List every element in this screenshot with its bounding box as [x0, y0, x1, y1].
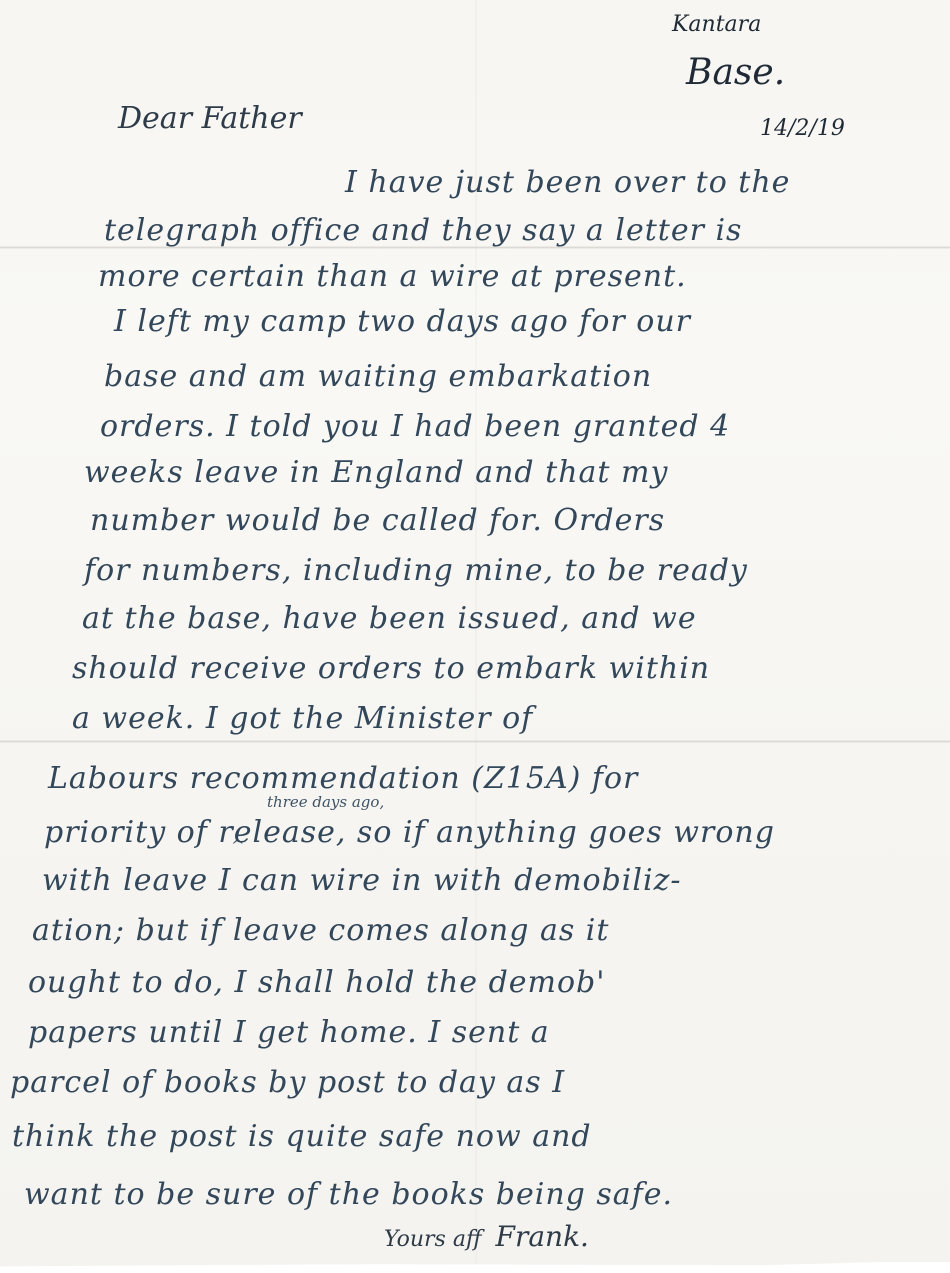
- body-line: I have just been over to the: [345, 168, 790, 198]
- salutation: Dear Father: [118, 104, 302, 134]
- letter-page: Kantara Base. 14/2/19 Dear Father I have…: [0, 0, 950, 1273]
- body-line: want to be sure of the books being safe.: [24, 1180, 673, 1210]
- body-line: weeks leave in England and that my: [84, 458, 668, 488]
- body-line: papers until I get home. I sent a: [28, 1018, 550, 1048]
- body-line: with leave I can wire in with demobiliz-: [42, 866, 682, 896]
- body-line: should receive orders to embark within: [72, 654, 710, 684]
- body-line: parcel of books by post to day as I: [10, 1068, 565, 1098]
- body-line: for numbers, including mine, to be ready: [84, 556, 748, 586]
- body-line: telegraph office and they say a letter i…: [104, 216, 742, 246]
- body-line: a week. I got the Minister of: [72, 704, 533, 734]
- body-line: ought to do, I shall hold the demob': [28, 968, 606, 998]
- body-line: think the post is quite safe now and: [12, 1122, 592, 1152]
- body-line: at the base, have been issued, and we: [82, 604, 697, 634]
- body-line: priority of release, so if anything goes…: [44, 818, 775, 848]
- location-line-2: Base.: [686, 55, 785, 91]
- body-line: orders. I told you I had been granted 4: [100, 412, 730, 442]
- letter-date: 14/2/19: [760, 118, 845, 140]
- closing: Yours affFrank.: [384, 1220, 589, 1253]
- body-line: number would be called for. Orders: [90, 506, 665, 536]
- insertion-text: three days ago,: [267, 793, 384, 811]
- signature: Frank.: [496, 1220, 589, 1253]
- valediction: Yours aff: [384, 1227, 482, 1252]
- body-line: ation; but if leave comes along as it: [32, 916, 609, 946]
- body-line: base and am waiting embarkation: [104, 362, 652, 392]
- body-line: more certain than a wire at present.: [98, 262, 687, 292]
- location-line-1: Kantara: [672, 14, 761, 36]
- body-line: Labours recommendation (Z15A) for: [48, 764, 638, 794]
- body-line: I left my camp two days ago for our: [114, 307, 691, 337]
